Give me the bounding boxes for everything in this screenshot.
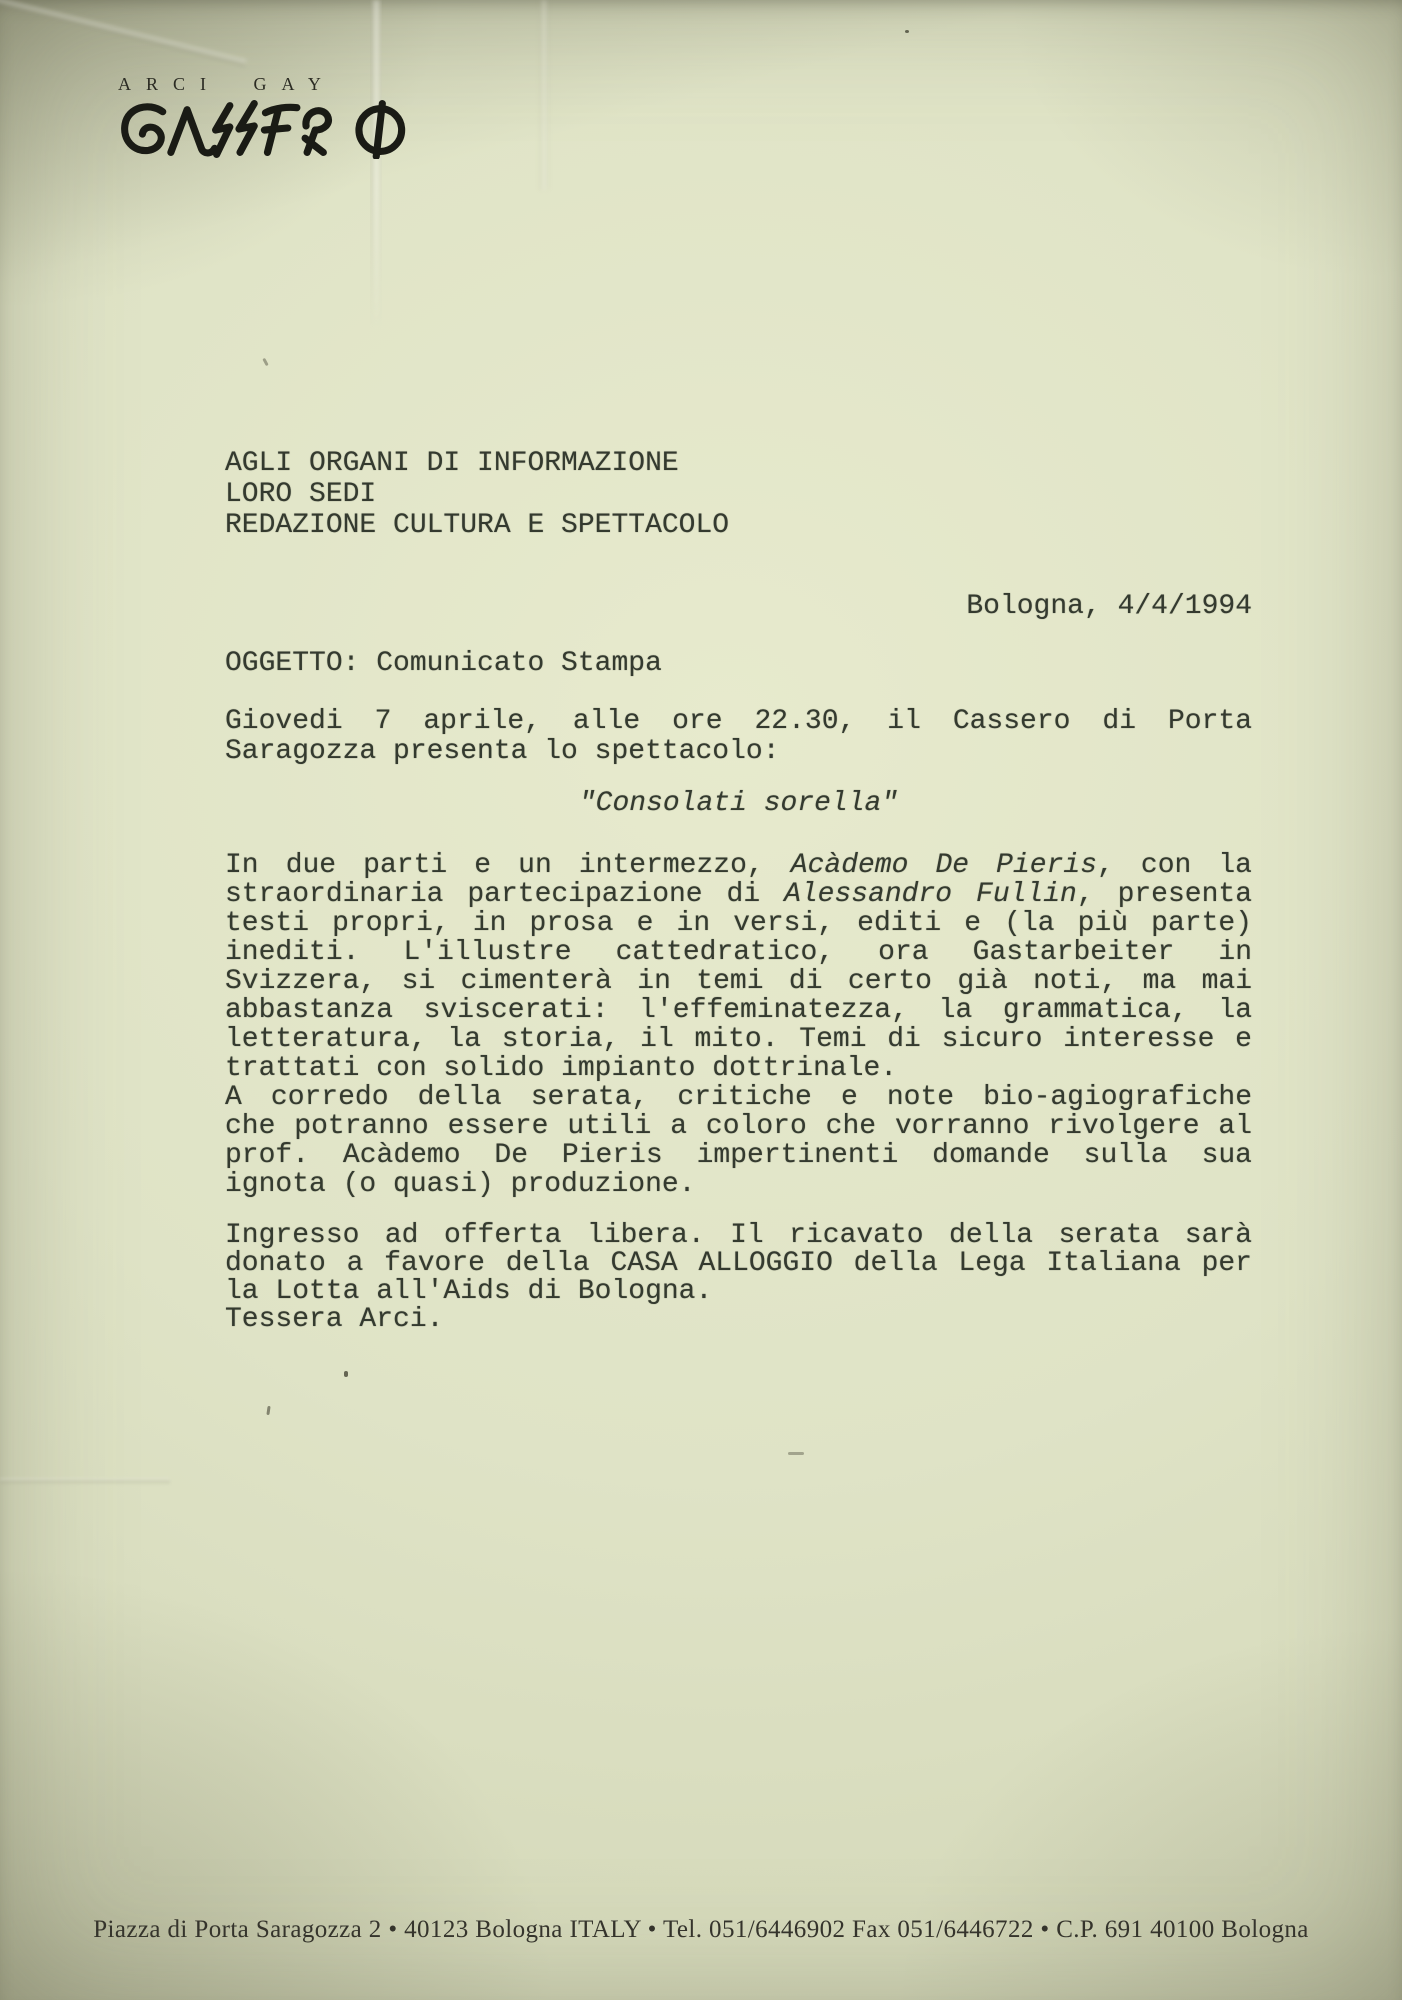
paper-speck xyxy=(262,358,268,366)
text-line: REDAZIONE CULTURA E SPETTACOLO xyxy=(225,510,1252,541)
text-line: A corredo della serata, critiche e note … xyxy=(225,1083,1252,1112)
paper-fold-corner xyxy=(0,0,247,67)
text-line: Svizzera, si cimenterà in temi di certo … xyxy=(225,967,1252,996)
text-line: ignota (o quasi) produzione. xyxy=(225,1170,1252,1199)
text-line: testi propri, in prosa e in versi, editi… xyxy=(225,909,1252,938)
arci-gay-label: ARCI GAY xyxy=(118,74,438,95)
recipient-block: AGLI ORGANI DI INFORMAZIONELORO SEDIREDA… xyxy=(225,448,1252,541)
letterhead-logo: ARCI GAY xyxy=(118,74,438,164)
paper-crease xyxy=(540,0,548,190)
text-line: che potranno essere utili a coloro che v… xyxy=(225,1112,1252,1141)
paper-speck xyxy=(344,1371,348,1377)
text-line: Saragozza presenta lo spettacolo: xyxy=(225,737,1252,767)
scanned-press-release-page: ARCI GAY AGLI ORG xyxy=(0,0,1402,2000)
text-line: abbastanza sviscerati: l'effeminatezza, … xyxy=(225,996,1252,1025)
text-line: la Lotta all'Aids di Bologna. xyxy=(225,1278,1252,1306)
letterhead-footer-address: Piazza di Porta Saragozza 2 • 40123 Bolo… xyxy=(0,1916,1402,1944)
paper-crease xyxy=(0,1478,170,1483)
text-line: AGLI ORGANI DI INFORMAZIONE xyxy=(225,448,1252,479)
closing-paragraph: Ingresso ad offerta libera. Il ricavato … xyxy=(225,1222,1252,1334)
body-paragraphs: In due parti e un intermezzo, Acàdemo De… xyxy=(225,851,1252,1199)
intro-paragraph: Giovedi 7 aprile, alle ore 22.30, il Cas… xyxy=(225,707,1252,767)
show-title: "Consolati sorella" xyxy=(225,788,1252,819)
text-line: prof. Acàdemo De Pieris impertinenti dom… xyxy=(225,1141,1252,1170)
paper-speck xyxy=(266,1406,270,1415)
text-line: Ingresso ad offerta libera. Il ricavato … xyxy=(225,1222,1252,1250)
text-line: trattati con solido impianto dottrinale. xyxy=(225,1054,1252,1083)
paper-speck xyxy=(905,30,909,33)
paper-speck xyxy=(788,1452,804,1455)
text-line: LORO SEDI xyxy=(225,479,1252,510)
subject-line: OGGETTO: Comunicato Stampa xyxy=(225,648,1252,679)
text-line: Tessera Arci. xyxy=(225,1306,1252,1334)
text-line: inediti. L'illustre cattedratico, ora Ga… xyxy=(225,938,1252,967)
text-line: letteratura, la storia, il mito. Temi di… xyxy=(225,1025,1252,1054)
cassero-wordmark-icon xyxy=(118,97,438,164)
text-line: In due parti e un intermezzo, Acàdemo De… xyxy=(225,851,1252,880)
paper-crease xyxy=(370,0,382,330)
text-line: straordinaria partecipazione di Alessand… xyxy=(225,880,1252,909)
text-line: donato a favore della CASA ALLOGGIO dell… xyxy=(225,1250,1252,1278)
text-line: Giovedi 7 aprile, alle ore 22.30, il Cas… xyxy=(225,707,1252,737)
dateline: Bologna, 4/4/1994 xyxy=(225,591,1252,622)
